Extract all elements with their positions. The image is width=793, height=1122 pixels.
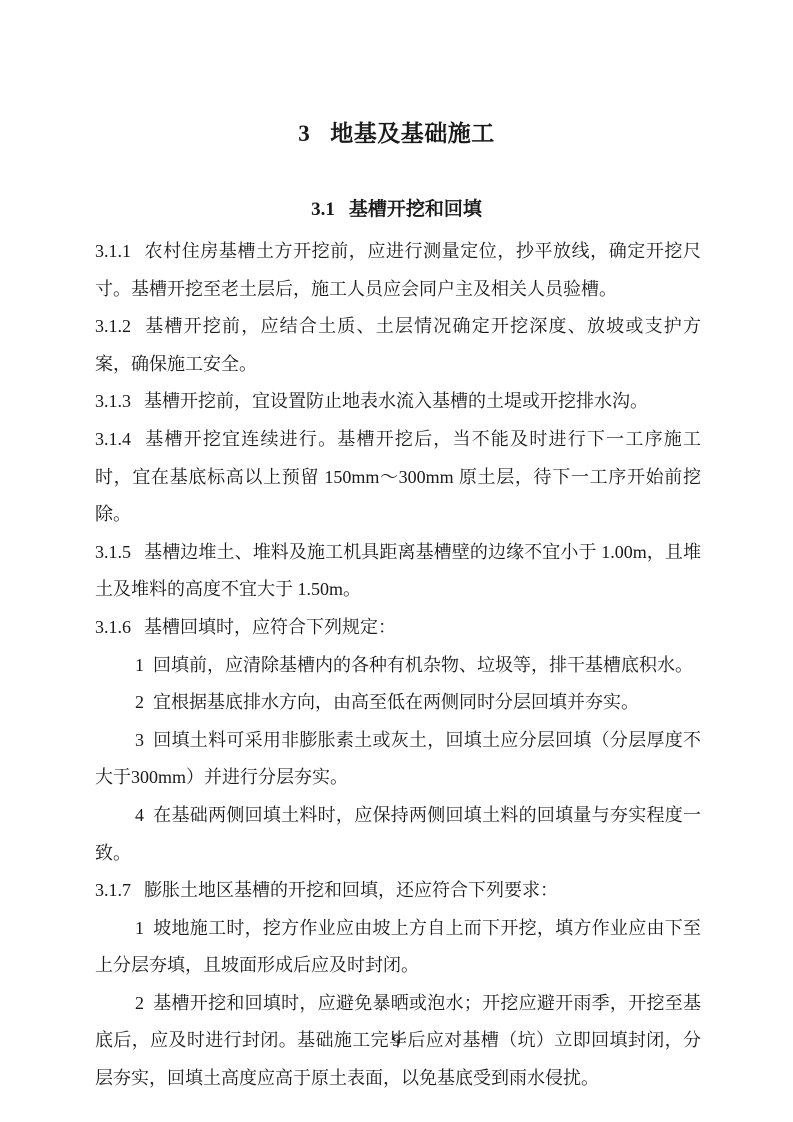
- clause-3-1-3: 3.1.3基槽开挖前，宜设置防止地表水流入基槽的土堤或开挖排水沟。: [95, 383, 701, 421]
- item-number: 2: [135, 993, 144, 1013]
- clause-3-1-6-item-3: 3回填土料可采用非膨胀素土或灰土，回填土应分层回填（分层厚度不大于300mm）并…: [95, 722, 701, 797]
- clause-text: 基槽开挖宜连续进行。基槽开挖后，当不能及时进行下一工序施工时，宜在基底标高以上预…: [95, 429, 701, 524]
- chapter-number: 3: [298, 121, 310, 146]
- clause-number: 3.1.2: [95, 316, 131, 336]
- section-title-text: 基槽开挖和回填: [349, 199, 482, 220]
- clause-text: 基槽开挖前，宜设置防止地表水流入基槽的土堤或开挖排水沟。: [144, 391, 648, 411]
- clause-number: 3.1.5: [95, 542, 131, 562]
- clause-text: 基槽开挖前，应结合土质、土层情况确定开挖深度、放坡或支护方案，确保施工安全。: [95, 316, 701, 374]
- item-number: 3: [135, 730, 144, 750]
- clause-3-1-1: 3.1.1农村住房基槽土方开挖前，应进行测量定位，抄平放线，确定开挖尺寸。基槽开…: [95, 233, 701, 308]
- document-page: 3地基及基础施工 3.1基槽开挖和回填 3.1.1农村住房基槽土方开挖前，应进行…: [0, 0, 793, 1122]
- clause-number: 3.1.4: [95, 429, 131, 449]
- item-number: 2: [135, 692, 144, 712]
- clause-number: 3.1.3: [95, 391, 131, 411]
- item-number: 4: [135, 805, 144, 825]
- clause-3-1-6-item-1: 1回填前，应清除基槽内的各种有机杂物、垃圾等，排干基槽底积水。: [95, 647, 701, 685]
- section-title: 3.1基槽开挖和回填: [0, 198, 793, 221]
- clause-3-1-5: 3.1.5基槽边堆土、堆料及施工机具距离基槽壁的边缘不宜小于 1.00m，且堆土…: [95, 534, 701, 609]
- clause-3-1-6-item-2: 2宜根据基底排水方向，由高至低在两侧同时分层回填并夯实。: [95, 684, 701, 722]
- clause-3-1-4: 3.1.4基槽开挖宜连续进行。基槽开挖后，当不能及时进行下一工序施工时，宜在基底…: [95, 421, 701, 534]
- clause-number: 3.1.1: [95, 241, 131, 261]
- clause-text: 农村住房基槽土方开挖前，应进行测量定位，抄平放线，确定开挖尺寸。基槽开挖至老土层…: [95, 241, 701, 299]
- clause-text: 基槽边堆土、堆料及施工机具距离基槽壁的边缘不宜小于 1.00m，且堆土及堆料的高…: [95, 542, 701, 600]
- item-text: 回填前，应清除基槽内的各种有机杂物、垃圾等，排干基槽底积水。: [153, 655, 693, 675]
- item-number: 1: [135, 918, 144, 938]
- clause-3-1-7: 3.1.7膨胀土地区基槽的开挖和回填，还应符合下列要求：: [95, 872, 701, 910]
- clause-3-1-7-item-1: 1坡地施工时，挖方作业应由坡上方自上而下开挖，填方作业应由下至上分层夯填，且坡面…: [95, 910, 701, 985]
- item-text: 在基础两侧回填土料时，应保持两侧回填土料的回填量与夯实程度一致。: [95, 805, 701, 863]
- item-text: 坡地施工时，挖方作业应由坡上方自上而下开挖，填方作业应由下至上分层夯填，且坡面形…: [95, 918, 701, 976]
- page-number: 9: [0, 1030, 793, 1052]
- clause-3-1-6: 3.1.6基槽回填时，应符合下列规定：: [95, 609, 701, 647]
- clause-3-1-6-item-4: 4在基础两侧回填土料时，应保持两侧回填土料的回填量与夯实程度一致。: [95, 797, 701, 872]
- section-number: 3.1: [311, 199, 335, 220]
- item-number: 1: [135, 655, 144, 675]
- clause-text: 基槽回填时，应符合下列规定：: [144, 617, 396, 637]
- clause-number: 3.1.6: [95, 617, 131, 637]
- item-text: 宜根据基底排水方向，由高至低在两侧同时分层回填并夯实。: [153, 692, 639, 712]
- clause-3-1-2: 3.1.2基槽开挖前，应结合土质、土层情况确定开挖深度、放坡或支护方案，确保施工…: [95, 308, 701, 383]
- chapter-title-text: 地基及基础施工: [330, 121, 495, 146]
- clause-text: 膨胀土地区基槽的开挖和回填，还应符合下列要求：: [144, 880, 558, 900]
- body-text: 3.1.1农村住房基槽土方开挖前，应进行测量定位，抄平放线，确定开挖尺寸。基槽开…: [95, 233, 701, 1098]
- chapter-title: 3地基及基础施工: [0, 120, 793, 147]
- item-text: 回填土料可采用非膨胀素土或灰土，回填土应分层回填（分层厚度不大于300mm）并进…: [95, 730, 701, 788]
- clause-number: 3.1.7: [95, 880, 131, 900]
